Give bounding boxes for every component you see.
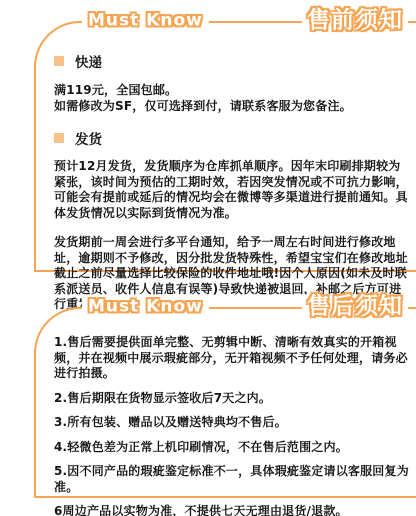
express-heading: 快递 [54, 51, 416, 71]
presale-must-know-badge: Must Know [82, 12, 209, 31]
square-bullet-icon [54, 56, 64, 66]
shipping-heading: 发货 [54, 128, 416, 148]
aftersale-title: 售后须知 [302, 294, 408, 319]
shipping-heading-label: 发货 [75, 128, 102, 148]
express-line: 满119元，全国包邮。 [54, 83, 412, 99]
aftersale-item: 2.售后期限在货物显示签收后7天之内。 [54, 391, 412, 407]
aftersale-item: 5.因不同产品的瑕疵鉴定标准不一，具体瑕疵鉴定请以客服回复为准。 [54, 464, 412, 495]
shipping-paragraph: 预计12月发货，发货顺序为仓库抓单顺序。因年末印刷排期较为紧张，该时间为预估的工… [54, 159, 412, 221]
express-paragraph: 满119元，全国包邮。 如需修改为SF，仅可选择到付，请联系客服为您备注。 [54, 83, 412, 114]
square-bullet-icon [54, 133, 64, 143]
aftersale-item: 1.售后需要提供面单完整、无剪辑中断、清晰有效真实的开箱视频，并在视频中展示瑕疵… [54, 335, 412, 382]
express-line: 如需修改为SF，仅可选择到付，请联系客服为您备注。 [54, 99, 412, 115]
express-heading-label: 快递 [75, 51, 102, 71]
aftersale-notice-box: Must Know 售后须知 1.售后需要提供面单完整、无剪辑中断、清晰有效真实… [34, 307, 416, 498]
presale-notice-box: Must Know 售前须知 快递 满119元，全国包邮。 如需修改为SF，仅可… [34, 21, 416, 272]
presale-title: 售前须知 [302, 8, 408, 33]
page: { "colors": { "accent": "#F5A452", "bull… [0, 0, 416, 516]
aftersale-item: 3.所有包装、赠品以及赠送特典均不售后。 [54, 415, 412, 431]
aftersale-must-know-badge: Must Know [82, 298, 209, 317]
aftersale-item: 4.轻微色差为正常上机印刷情况，不在售后范围之内。 [54, 440, 412, 456]
aftersale-item: 6周边产品以实物为准，不提供七天无理由退货/退款。 [54, 504, 412, 516]
